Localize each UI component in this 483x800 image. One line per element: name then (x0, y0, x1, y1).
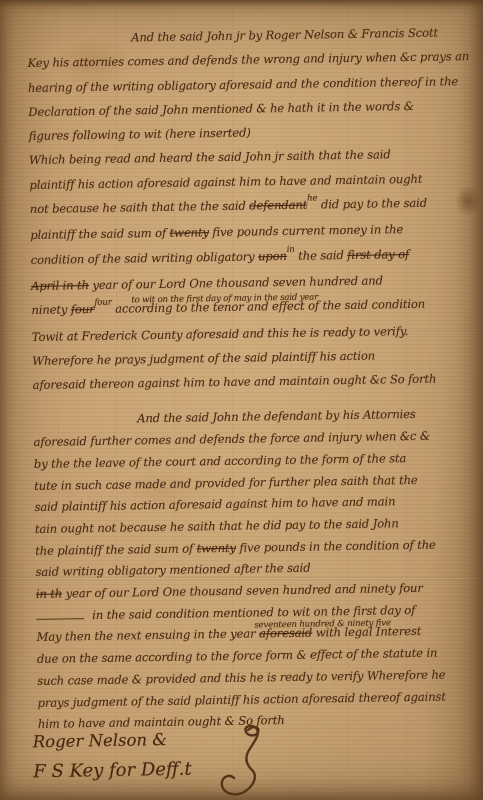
text-segment: figures following to wit (here inserted) (29, 126, 251, 143)
manuscript-page: And the said John jr by Roger Nelson & F… (0, 0, 483, 800)
inked-rule (36, 609, 84, 620)
text-segment: hearing of the writing obligatory afores… (28, 74, 458, 95)
text-segment: plaintiff his action aforesaid against h… (29, 172, 422, 192)
text-segment: tain ought not because he saith that he … (35, 516, 399, 536)
text-segment: Declaration of the said John mentioned &… (28, 99, 414, 119)
inserted-text: he (307, 194, 317, 204)
paragraph-1: And the said John jr by Roger Nelson & F… (27, 20, 483, 398)
text-segment: five pounds in the condition of the (236, 537, 436, 554)
text-segment: And the said John the defendant by his A… (137, 407, 416, 425)
inserted-text: seventeen hundred & ninety five (254, 614, 391, 638)
text-segment: the plaintiff the said sum of (35, 541, 197, 558)
text-segment: the said (295, 248, 348, 263)
paragraph-2: And the said John the defendant by his A… (33, 403, 483, 736)
text-segment: five pounds current money in the (209, 222, 404, 239)
signature-fs-key: F S Key for Deff.t (33, 755, 192, 788)
text-segment: by the the leave of the court and accord… (34, 451, 407, 471)
struck-text: four (71, 302, 95, 316)
struck-text: upon (258, 249, 287, 263)
text-segment: prays judgment of the said plaintiff his… (38, 689, 446, 709)
text-segment: Key his attornies comes and defends the … (27, 49, 469, 70)
text-segment: year of our Lord One thousand seven hund… (62, 581, 423, 601)
text-segment: May then the next ensuing in the year (36, 627, 259, 644)
struck-text: defendant (249, 198, 307, 213)
text-segment: Towit at Frederick County aforesaid and … (32, 324, 409, 344)
text-segment: And the said John jr by Roger Nelson & F… (131, 26, 438, 45)
text-segment: said plaintiff his action aforesaid agai… (34, 495, 395, 515)
text-segment: Which being read and heard the said John… (29, 148, 391, 168)
inserted-text: four (94, 298, 111, 308)
struck-text: in th (36, 587, 62, 601)
inserted-text: to wit on the first day of may in the sa… (131, 286, 318, 313)
struck-text: April in th (31, 278, 89, 293)
text-segment: plaintiff the said sum of (30, 226, 170, 242)
struck-text: twenty (170, 226, 209, 241)
text-segment: not because he saith that the the said (30, 199, 250, 216)
text-segment: aforesaid further comes and defends the … (33, 429, 430, 449)
text-segment: condition of the said writing obligatory (31, 249, 259, 267)
struck-text: first day of (347, 247, 409, 262)
text-segment: such case made & provided and this he is… (37, 667, 445, 687)
text-segment: aforesaid thereon against him to have an… (33, 372, 437, 392)
text-segment: said writing obligatory mentioned after … (35, 561, 310, 579)
inserted-text: in (287, 244, 295, 254)
text-segment: due on the same according to the force f… (37, 646, 438, 666)
text-segment: ninety (31, 303, 71, 318)
text-segment: Wherefore he prays judgment of the said … (32, 348, 375, 367)
text-segment: tute in such case made and provided for … (34, 472, 418, 492)
document-lines: And the said John jr by Roger Nelson & F… (27, 20, 483, 736)
text-segment: did pay to the said (317, 196, 427, 212)
struck-text: twenty (197, 540, 236, 555)
flourish-brace (208, 722, 278, 800)
signature-roger-nelson: Roger Nelson & (32, 725, 191, 758)
signature-block: Roger Nelson & F S Key for Deff.t (32, 725, 191, 788)
